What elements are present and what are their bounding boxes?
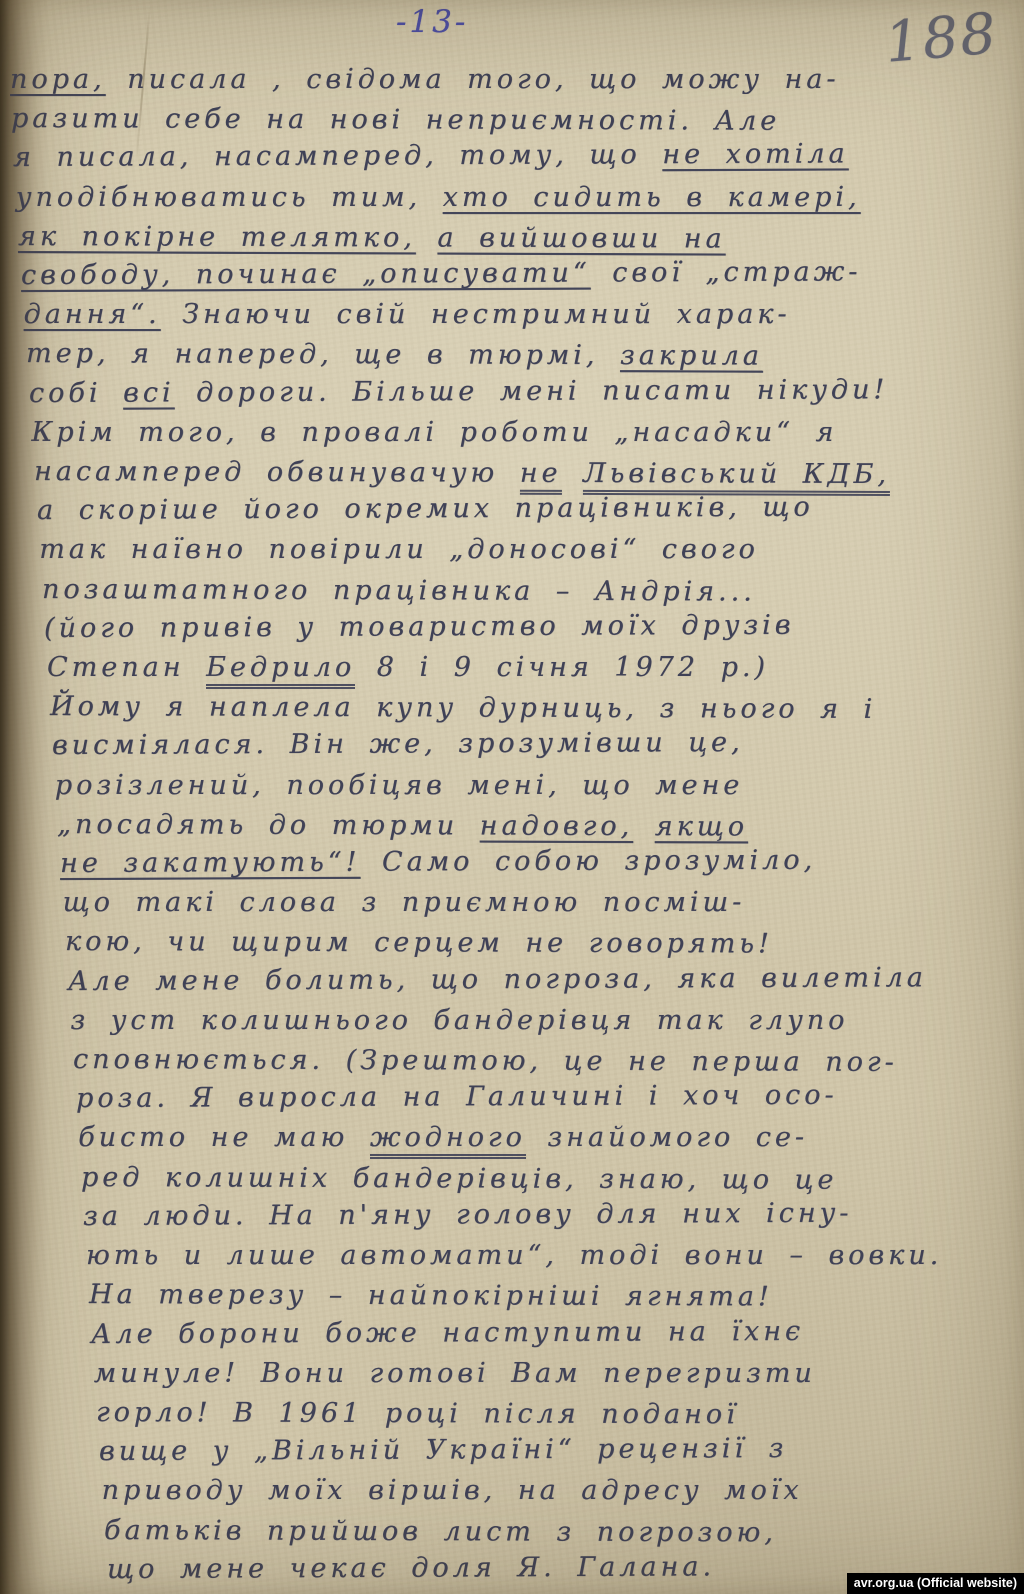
handwritten-line: висміялася. Він же, зрозумівши це, (52, 722, 1024, 765)
underlined-text: хто сидить в камері, (443, 182, 861, 213)
handwritten-line: дання“. Знаючи свій нестримний харак- (24, 295, 1024, 334)
handwritten-line: Але мене болить, що погроза, яка вилетіл… (68, 957, 1024, 1000)
handwritten-text: а скоріше його окремих працівників, що (37, 492, 814, 526)
handwritten-line: з уст колишнього бандерівця так глупо (70, 1001, 1024, 1040)
handwritten-text: тер, я наперед, ще в тюрмі, (26, 338, 620, 371)
handwritten-text: Йому я наплела купу дурниць, з нього я і (50, 691, 876, 725)
handwritten-text: На тверезу – найпокірніші ягнята! (89, 1279, 773, 1312)
handwritten-text: Само собою зрозуміло, (360, 845, 816, 878)
handwritten-line: ють и лише автомати“, тоді вони – вовки. (86, 1236, 1024, 1275)
handwritten-text (633, 811, 655, 842)
handwritten-text: насамперед обвинувачую (34, 456, 520, 489)
handwritten-text: що такі слова з приємною посміш- (63, 887, 746, 918)
handwritten-text: ють и лише автомати“, тоді вони – вовки. (86, 1240, 942, 1271)
handwritten-text: вище у „Вільній Україні“ рецензії з (99, 1433, 787, 1467)
handwritten-text: що мене чекає доля Я. Галана. (107, 1551, 715, 1585)
handwritten-line: вище у „Вільній Україні“ рецензії з (99, 1428, 1024, 1471)
underlined-text: пора, (10, 64, 106, 95)
handwritten-line: я писала, насамперед, тому, що не хотіла (13, 134, 1024, 178)
handwritten-line: минуле! Вони готові Вам перегризти (94, 1354, 1024, 1393)
handwritten-text: за люди. На п'яну голову для них існу- (83, 1198, 852, 1232)
handwritten-text: позаштатного працівника – Андрія... (42, 574, 756, 607)
handwritten-text: роза. Я виросла на Галичині і хоч осо- (76, 1080, 838, 1114)
handwritten-text: батьків прийшов лист з погрозою, (104, 1515, 777, 1548)
document-page: -13- 188 пора, писала , свідома того, що… (0, 0, 1024, 1594)
underlined-text: надовго, (480, 810, 634, 842)
watermark-badge: avr.org.ua (Official website) (847, 1573, 1024, 1594)
handwritten-text: Знаючи свій нестримний харак- (161, 299, 791, 330)
handwritten-text: разити себе на нові неприємності. Але (11, 103, 780, 137)
underlined-text: дання“. (24, 299, 161, 330)
handwritten-text: Але мене болить, що погроза, яка вилетіл… (68, 962, 927, 997)
page-number: -13- (396, 4, 468, 40)
handwritten-text: свої „страж- (591, 256, 862, 288)
handwritten-text: (його привів у товариство моїх друзів (44, 610, 795, 644)
handwritten-line: роза. Я виросла на Галичині і хоч осо- (76, 1075, 1024, 1118)
handwritten-line: а скоріше його окремих працівників, що (37, 487, 1024, 531)
handwritten-text: висміялася. Він же, зрозумівши це, (52, 727, 744, 761)
handwritten-line: (його привів у товариство моїх друзів (44, 605, 1024, 648)
underlined-text: жодного (370, 1122, 526, 1159)
underlined-text: не закатують“! (60, 847, 361, 879)
handwritten-line: так наївно повірили „доносові“ свого (39, 530, 1024, 569)
handwritten-text: знайомого се- (526, 1122, 808, 1153)
underlined-text: всі (123, 377, 175, 408)
handwritten-line: Степан Бедрило 8 і 9 січня 1972 р.) (47, 648, 1024, 687)
handwritten-text: сповнюється. (Зрештою, це не перша пог- (73, 1044, 898, 1078)
underlined-text: як покірне телятко, (18, 221, 416, 253)
handwritten-text: з уст колишнього бандерівця так глупо (70, 1005, 848, 1036)
handwritten-text: ред колишніх бандерівців, знаю, що це (81, 1162, 837, 1196)
handwritten-text: дороги. Більше мені писати нікуди! (174, 374, 888, 408)
handwritten-line: Крім того, в провалі роботи „насадки“ я (31, 413, 1024, 452)
handwritten-line: уподібнюватись тим, хто сидить в камері, (16, 178, 1024, 217)
handwritten-text: собі (29, 377, 123, 408)
handwritten-text: кою, чи щирим серцем не говорять! (65, 926, 773, 959)
handwritten-line: свободу, починає „описувати“ свої „страж… (21, 252, 1024, 296)
handwritten-line: пора, писала , свідома того, що можу на- (10, 60, 1024, 99)
underlined-text: Бедрило (206, 652, 355, 689)
handwritten-text: розізлений, пообіцяв мені, що мене (55, 770, 744, 801)
underlined-text: свободу, починає „описувати“ (21, 258, 591, 291)
handwriting-lines: пора, писала , свідома того, що можу на-… (10, 60, 1024, 1589)
handwritten-text: приводу моїх віршів, на адресу моїх (102, 1475, 803, 1506)
handwritten-text (416, 222, 438, 253)
handwritten-text (561, 458, 583, 489)
underlined-text: а вийшовши на (438, 222, 726, 254)
handwritten-text: писала , свідома того, що можу на- (106, 64, 840, 95)
handwritten-text: Крім того, в провалі роботи „насадки“ я (31, 417, 837, 448)
handwritten-text: горло! В 1961 році після поданої (96, 1397, 739, 1430)
underlined-text: не хотіла (662, 139, 848, 171)
handwritten-text: Але борони боже наступити на їхнє (91, 1315, 804, 1349)
handwritten-line: бисто не маю жодного знайомого се- (78, 1118, 1024, 1157)
handwritten-text: минуле! Вони готові Вам перегризти (94, 1358, 816, 1389)
handwritten-text: я писала, насамперед, тому, що (13, 140, 662, 174)
handwritten-line: розізлений, пообіцяв мені, що мене (55, 766, 1024, 805)
handwritten-text: так наївно повірили „доносові“ свого (39, 534, 759, 565)
underlined-text: закрила (620, 340, 763, 371)
handwritten-text: уподібнюватись тим, (16, 182, 443, 213)
handwritten-line: не закатують“! Само собою зрозуміло, (60, 840, 1024, 883)
handwritten-line: що такі слова з приємною посміш- (63, 883, 1024, 922)
handwritten-text: бисто не маю (78, 1122, 370, 1153)
handwritten-line: приводу моїх віршів, на адресу моїх (102, 1471, 1024, 1510)
handwritten-line: за люди. На п'яну голову для них існу- (83, 1193, 1024, 1236)
handwritten-text: „посадять до тюрми (57, 809, 480, 841)
handwritten-text: 8 і 9 січня 1972 р.) (355, 652, 769, 683)
handwritten-line: Але борони боже наступити на їхнє (91, 1310, 1024, 1353)
handwritten-line: собі всі дороги. Більше мені писати ніку… (29, 369, 1024, 413)
handwritten-text: Степан (47, 652, 206, 683)
underlined-text: якщо (655, 811, 748, 842)
